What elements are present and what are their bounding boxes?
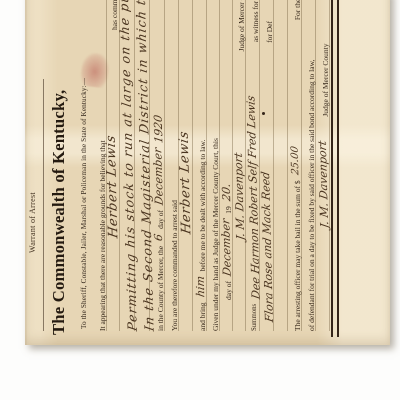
signature-line-2: J. M. Davenport Judge of Mercer County [316,0,330,331]
judge-label-1: Judge of Mercer Count [238,0,246,51]
command-text: You are therefore commanded to arrest sa… [171,200,179,331]
address-line: To the Sheriff, Constable, Jailer, Marsh… [80,78,88,329]
bring-prefix: and bring [199,302,207,331]
him-handwritten: him [195,276,207,299]
given-text: Given under my hand as Judge of the Merc… [212,138,220,331]
bail-for-fragment: For the app [294,0,302,20]
day-of-label-2: day of [225,281,233,300]
summons-label: Summons [252,304,259,331]
bring-suffix: before me to be dealt with according to … [199,140,207,272]
bail-line: The arresting officer may take bail in t… [288,0,302,331]
witness-for-plaintiff: as witness for plain [252,0,260,42]
day-of-label: day of [157,210,165,229]
year-handwritten: 1920 [153,114,165,144]
offense-line-2: In the Second Magisterial District in wh… [136,0,150,331]
given-date-line: day of December 19 20. [219,0,233,331]
county-prefix: in the County of Mercer, the [157,246,165,331]
offense-line-1: Permitting his stock to run at large on … [121,0,135,331]
witness-line-2: Flora Rose and Mack Reed for Def [260,0,274,331]
bail-text-2: of defendant for trial on a day to be fi… [308,60,316,331]
witness-line-1: Summons Dee Harmon Robert Self Fred Lewi… [246,0,260,331]
year-printed-prefix: 19 [225,206,233,214]
day-handwritten: 6 [153,233,164,242]
judge-signature-2: J. M. Davenport [317,140,330,229]
document-title: The Commonwealth of Kentucky, [49,90,69,335]
defendant-name-2: Herbert Lewis [178,130,194,235]
rotated-document-wrapper: Warrant of Arrest The Commonwealth of Ke… [25,0,390,345]
county-date-line: in the County of Mercer, the 6 day of De… [151,0,165,331]
bail-text: The arresting officer may take bail in t… [294,180,302,331]
blank-ruled-line [274,0,288,331]
document-type-label: Warrant of Arrest [28,192,37,253]
bottom-double-rule [331,0,339,337]
bring-line: and bring him before me to be dealt with… [193,0,207,331]
month-handwritten-2: December [220,218,233,277]
given-line: Given under my hand as Judge of the Merc… [206,0,220,331]
judge-label-2: Judge of Mercer County [322,44,330,117]
defendant-name-1: Herbert Lewis [105,134,121,239]
bail-line-2: of defendant for trial on a day to be fi… [302,0,316,331]
bail-amount-handwritten: 25.00 [291,146,302,176]
signature-line-1: J. M. Davenport Judge of Mercer Count [232,0,246,331]
defendant-name-line-2: Herbert Lewis [179,0,193,331]
year-handwritten-2: 20. [221,183,233,202]
header-rule [43,79,44,331]
warrant-document: Warrant of Arrest The Commonwealth of Ke… [25,0,390,345]
witness-names-2: Flora Rose and Mack Reed [260,171,275,323]
for-defendant-label: for Def [266,21,274,43]
scan-background: Warrant of Arrest The Commonwealth of Ke… [0,0,400,400]
ink-speck [262,112,265,115]
month-handwritten: December [152,147,165,206]
judge-signature-1: J. M. Davenport [233,152,246,241]
